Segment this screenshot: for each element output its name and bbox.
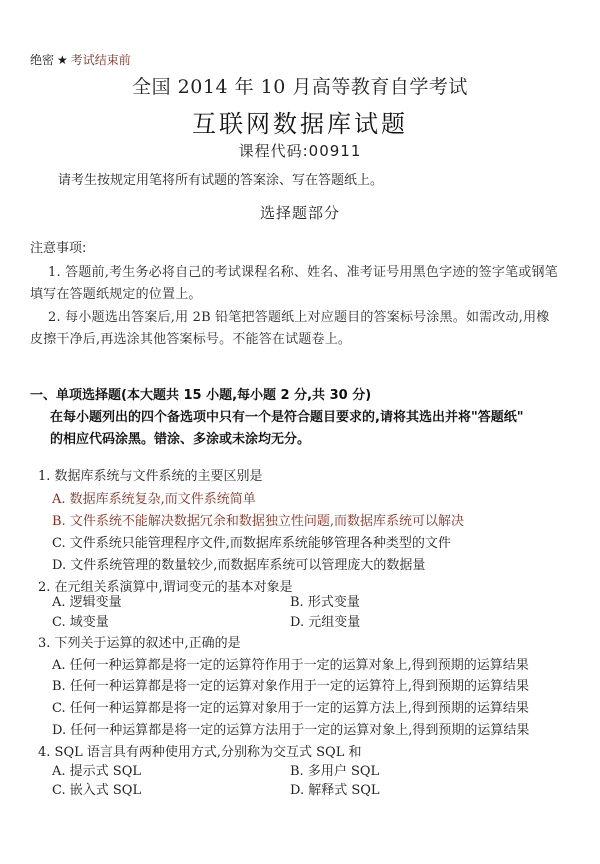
star-icon: ★ (57, 53, 68, 67)
notes-label: 注意事项: (30, 237, 86, 256)
note-2-line-2: 皮擦干净后,再选涂其他答案标号。不能答在试题卷上。 (30, 328, 351, 347)
course-code: 课程代码:00911 (0, 140, 600, 161)
paper-title: 互联网数据库试题 (0, 104, 600, 139)
part-1-description-line-1: 在每小题列出的四个备选项中只有一个是符合题目要求的,请将其选出并将"答题纸" (50, 406, 524, 425)
question-2-option-b: B. 形式变量 (290, 591, 360, 610)
until-exam-end-label: 考试结束前 (71, 53, 131, 67)
exam-title: 全国 2014 年 10 月高等教育自学考试 (0, 72, 600, 99)
question-3-option-a: A. 任何一种运算都是将一定的运算符作用于一定的运算对象上,得到预期的运算结果 (52, 654, 529, 673)
secret-label: 绝密 (30, 53, 54, 67)
question-2-option-d: D. 元组变量 (290, 611, 360, 630)
question-3-option-b: B. 任何一种运算都是将一定的运算对象作用于一定的运算符上,得到预期的运算结果 (52, 675, 529, 694)
question-2-option-a: A. 逻辑变量 (52, 591, 122, 610)
question-3-stem: 3. 下列关于运算的叙述中,正确的是 (38, 632, 241, 651)
confidential-marker: 绝密★考试结束前 (30, 51, 131, 68)
question-1-option-d: D. 文件系统管理的数量较少,而数据库系统可以管理庞大的数据量 (52, 554, 425, 573)
question-4-option-b: B. 多用户 SQL (290, 760, 379, 779)
part-1-description-line-2: 的相应代码涂黑。错涂、多涂或未涂均无分。 (50, 428, 310, 447)
question-1-option-a: A. 数据库系统复杂,而文件系统简单 (52, 488, 256, 507)
part-1-heading: 一、单项选择题(本大题共 15 小题,每小题 2 分,共 30 分) (30, 384, 371, 403)
question-4-option-d: D. 解释式 SQL (290, 779, 380, 798)
question-1-option-c: C. 文件系统只能管理程序文件,而数据库系统能够管理各种类型的文件 (52, 532, 451, 551)
question-1-stem: 1. 数据库系统与文件系统的主要区别是 (38, 465, 263, 484)
question-3-option-d: D. 任何一种运算都是将一定的运算方法用于一定的运算对象上,得到预期的运算结果 (52, 719, 529, 738)
question-3-option-c: C. 任何一种运算都是将一定的运算对象用于一定的运算方法上,得到预期的运算结果 (52, 697, 529, 716)
question-4-option-c: C. 嵌入式 SQL (52, 779, 141, 798)
question-2-option-c: C. 域变量 (52, 611, 109, 630)
question-4-option-a: A. 提示式 SQL (52, 760, 141, 779)
general-instruction: 请考生按规定用笔将所有试题的答案涂、写在答题纸上。 (58, 169, 383, 188)
note-1-line-2: 填写在答题纸规定的位置上。 (30, 283, 202, 302)
section-heading: 选择题部分 (0, 202, 600, 223)
note-2-line-1: 2. 每小题选出答案后,用 2B 铅笔把答题纸上对应题目的答案标号涂黑。如需改动… (48, 306, 550, 325)
question-1-option-b: B. 文件系统不能解决数据冗余和数据独立性问题,而数据库系统可以解决 (52, 510, 464, 529)
question-4-stem: 4. SQL 语言具有两种使用方式,分别称为交互式 SQL 和 (38, 741, 361, 760)
note-1-line-1: 1. 答题前,考生务必将自己的考试课程名称、姓名、准考证号用黑色字迹的签字笔或钢… (48, 261, 558, 280)
